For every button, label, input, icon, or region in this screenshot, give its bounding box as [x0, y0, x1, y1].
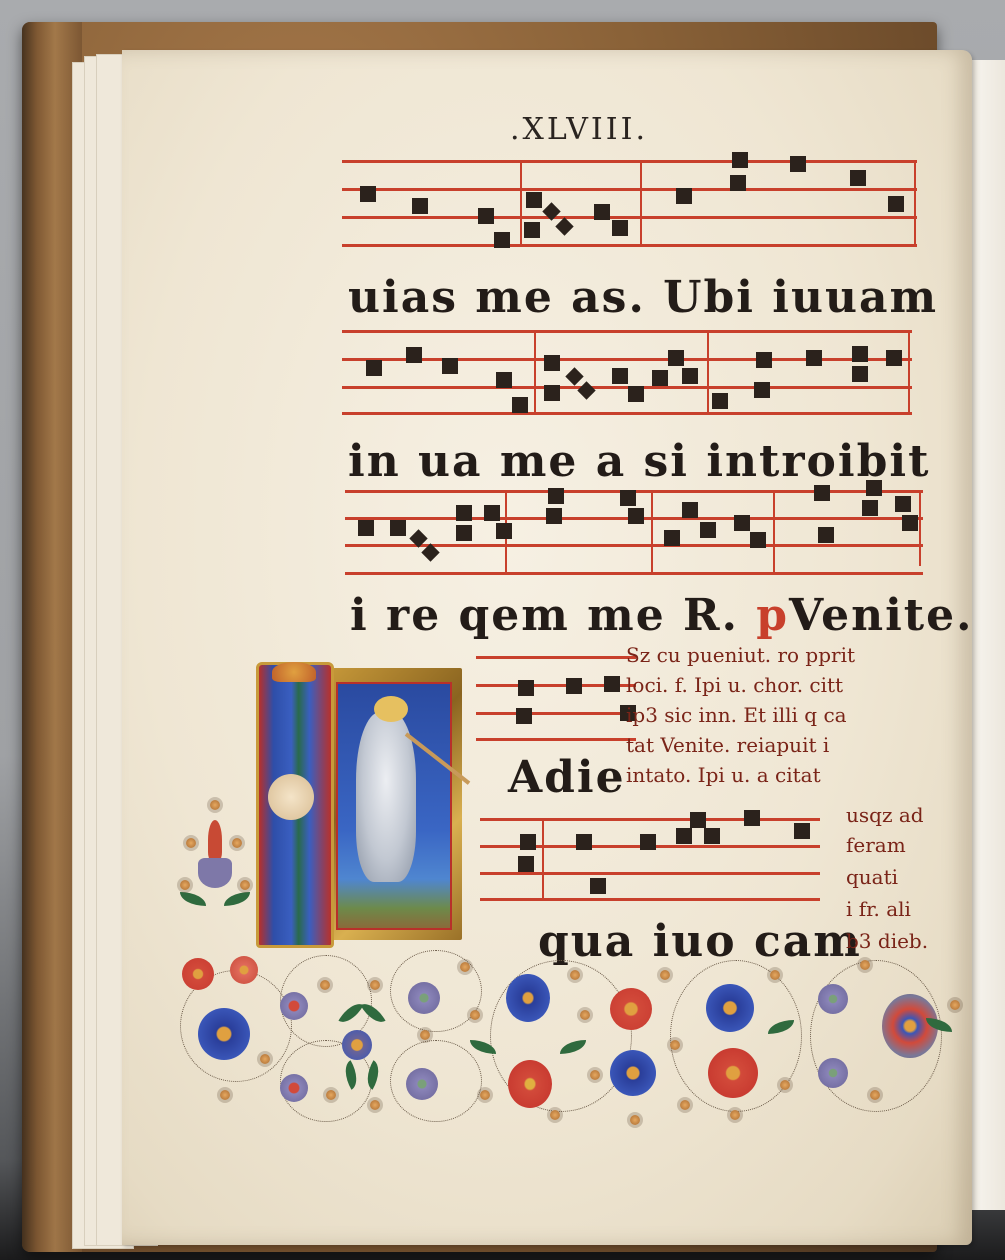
square-neume [886, 350, 902, 366]
square-neume [576, 834, 592, 850]
rubric-line-4: tat Venite. reiapuit i [626, 730, 829, 760]
staff-line [342, 412, 912, 415]
staff-line [342, 216, 917, 219]
music-staff-1 [342, 160, 917, 250]
staff-line [480, 898, 820, 901]
square-neume [852, 366, 868, 382]
cherub-head [268, 774, 314, 820]
square-neume [478, 208, 494, 224]
violet-rosette [408, 982, 440, 1014]
gold-bezant [220, 1090, 230, 1100]
bar-line [707, 330, 709, 412]
gold-bezant [320, 980, 330, 990]
music-staff-4 [476, 656, 636, 740]
red-rose [508, 1060, 552, 1108]
square-neume [524, 222, 540, 238]
square-neume [628, 386, 644, 402]
gold-bezant [870, 1090, 880, 1100]
square-neume [668, 350, 684, 366]
gold-bezant [260, 1054, 270, 1064]
gold-bezant [326, 1090, 336, 1100]
gold-bezant [186, 838, 196, 848]
staff-line [480, 872, 820, 875]
square-neume [790, 156, 806, 172]
gold-bezant [480, 1090, 490, 1100]
square-neume [546, 508, 562, 524]
staff-line [342, 358, 912, 361]
square-neume [730, 175, 746, 191]
red-rosette [708, 1048, 758, 1098]
square-neume [516, 708, 532, 724]
cross-flower-center [342, 1030, 372, 1060]
fruit-capital [272, 662, 316, 682]
gold-bezant [770, 970, 780, 980]
staff-line [476, 738, 636, 741]
bar-line [534, 330, 536, 412]
bar-line [919, 490, 921, 566]
square-neume [794, 823, 810, 839]
square-neume [700, 522, 716, 538]
violet-calyx [198, 858, 232, 888]
gold-bezant [670, 1040, 680, 1050]
historiated-initial [256, 662, 471, 942]
gold-bezant [680, 1100, 690, 1110]
gold-bezant [550, 1110, 560, 1120]
lyrics-line-2: in ua me a si introibit [348, 436, 930, 487]
square-neume [548, 488, 564, 504]
rubric-line-7: feram [846, 830, 906, 860]
square-neume [456, 525, 472, 541]
square-neume [652, 370, 668, 386]
gold-bezant [240, 880, 250, 890]
square-neume [390, 520, 406, 536]
square-neume [734, 515, 750, 531]
square-neume [756, 352, 772, 368]
staff-line [342, 244, 917, 247]
rubric-line-8: quati [846, 862, 898, 892]
gold-bezant [210, 800, 220, 810]
gold-bezant [570, 970, 580, 980]
square-neume [566, 678, 582, 694]
square-neume [620, 490, 636, 506]
square-neume [895, 496, 911, 512]
gold-bezant [420, 1030, 430, 1040]
square-neume [518, 680, 534, 696]
square-neume [526, 192, 542, 208]
staff-line [476, 712, 636, 715]
square-neume [744, 810, 760, 826]
violet-star-flower [280, 1074, 308, 1102]
staff-line [342, 330, 912, 333]
rubric-line-6: usqz ad [846, 800, 924, 830]
gold-bezant [470, 1010, 480, 1020]
square-neume [704, 828, 720, 844]
red-rosette [230, 956, 258, 984]
square-neume [484, 505, 500, 521]
square-neume [412, 198, 428, 214]
square-neume [852, 346, 868, 362]
angel-hair [374, 696, 408, 722]
rubric-line-3: ip3 sic inn. Et illi q ca [626, 700, 847, 730]
square-neume [682, 502, 698, 518]
lyrics-line-3: i re qem me R. pVenite. [350, 590, 973, 641]
gold-bezant [370, 1100, 380, 1110]
gold-bezant [180, 880, 190, 890]
square-neume [862, 500, 878, 516]
staff-line [476, 656, 636, 659]
square-neume [888, 196, 904, 212]
gold-bezant [232, 838, 242, 848]
bar-line [520, 160, 522, 244]
square-neume [732, 152, 748, 168]
red-rosette [610, 988, 652, 1030]
red-rosette [182, 958, 214, 990]
red-flame-bud [208, 820, 222, 860]
square-neume [512, 397, 528, 413]
square-neume [518, 856, 534, 872]
staff-line [342, 386, 912, 389]
square-neume [806, 350, 822, 366]
violet-star-flower [280, 992, 308, 1020]
folio-number: .XLVIII. [510, 112, 648, 147]
square-neume [594, 204, 610, 220]
staff-line [345, 572, 923, 575]
square-neume [690, 812, 706, 828]
square-neume [604, 676, 620, 692]
square-neume [544, 385, 560, 401]
square-neume [442, 358, 458, 374]
bar-line [542, 818, 544, 898]
gold-bezant [590, 1070, 600, 1080]
staff-line [342, 188, 917, 191]
square-neume [814, 485, 830, 501]
square-neume [456, 505, 472, 521]
blue-rosette [198, 1008, 250, 1060]
square-neume [520, 834, 536, 850]
square-neume [612, 368, 628, 384]
rubric-line-9: i fr. ali [846, 894, 911, 924]
gold-bezant [630, 1115, 640, 1125]
blue-rosette [610, 1050, 656, 1096]
rubric-line-1: Sz cu pueniut. ro pprit [626, 640, 855, 670]
square-neume [544, 355, 560, 371]
square-neume [360, 186, 376, 202]
multicolor-rose [882, 994, 938, 1058]
gold-bezant [780, 1080, 790, 1090]
square-neume [366, 360, 382, 376]
bar-line [773, 490, 775, 572]
staff-line [342, 160, 917, 163]
square-neume [850, 170, 866, 186]
lyrics-line-1: uias me as. Ubi iuuam [348, 272, 938, 323]
blue-rose [506, 974, 550, 1022]
rubric-p-marker: p [756, 590, 789, 641]
square-neume [676, 188, 692, 204]
violet-rosette [818, 984, 848, 1014]
rubric-line-2: loci. f. Ipi u. chor. citt [626, 670, 843, 700]
gold-bezant [660, 970, 670, 980]
square-neume [628, 508, 644, 524]
square-neume [612, 220, 628, 236]
violet-rosette [406, 1068, 438, 1100]
bar-line [651, 490, 653, 572]
gold-bezant [860, 960, 870, 970]
square-neume [640, 834, 656, 850]
bar-line [908, 330, 910, 412]
bar-line [914, 160, 916, 244]
gold-bezant [460, 962, 470, 972]
rubric-line-5: intato. Ipi u. a citat [626, 760, 821, 790]
square-neume [902, 515, 918, 531]
staff-line [480, 818, 820, 821]
square-neume [496, 372, 512, 388]
gold-bezant [580, 1010, 590, 1020]
square-neume [590, 878, 606, 894]
square-neume [358, 520, 374, 536]
square-neume [664, 530, 680, 546]
square-neume [494, 232, 510, 248]
square-neume [676, 828, 692, 844]
square-neume [406, 347, 422, 363]
square-neume [682, 368, 698, 384]
violet-rosette [818, 1058, 848, 1088]
lyrics-line-4: Adie [508, 752, 626, 803]
square-neume [712, 393, 728, 409]
square-neume [750, 532, 766, 548]
square-neume [754, 382, 770, 398]
blue-rosette [706, 984, 754, 1032]
floral-border [170, 950, 970, 1130]
square-neume [818, 527, 834, 543]
gold-bezant [370, 980, 380, 990]
square-neume [866, 480, 882, 496]
bar-line [640, 160, 642, 244]
square-neume [496, 523, 512, 539]
gold-bezant [730, 1110, 740, 1120]
gold-bezant [950, 1000, 960, 1010]
